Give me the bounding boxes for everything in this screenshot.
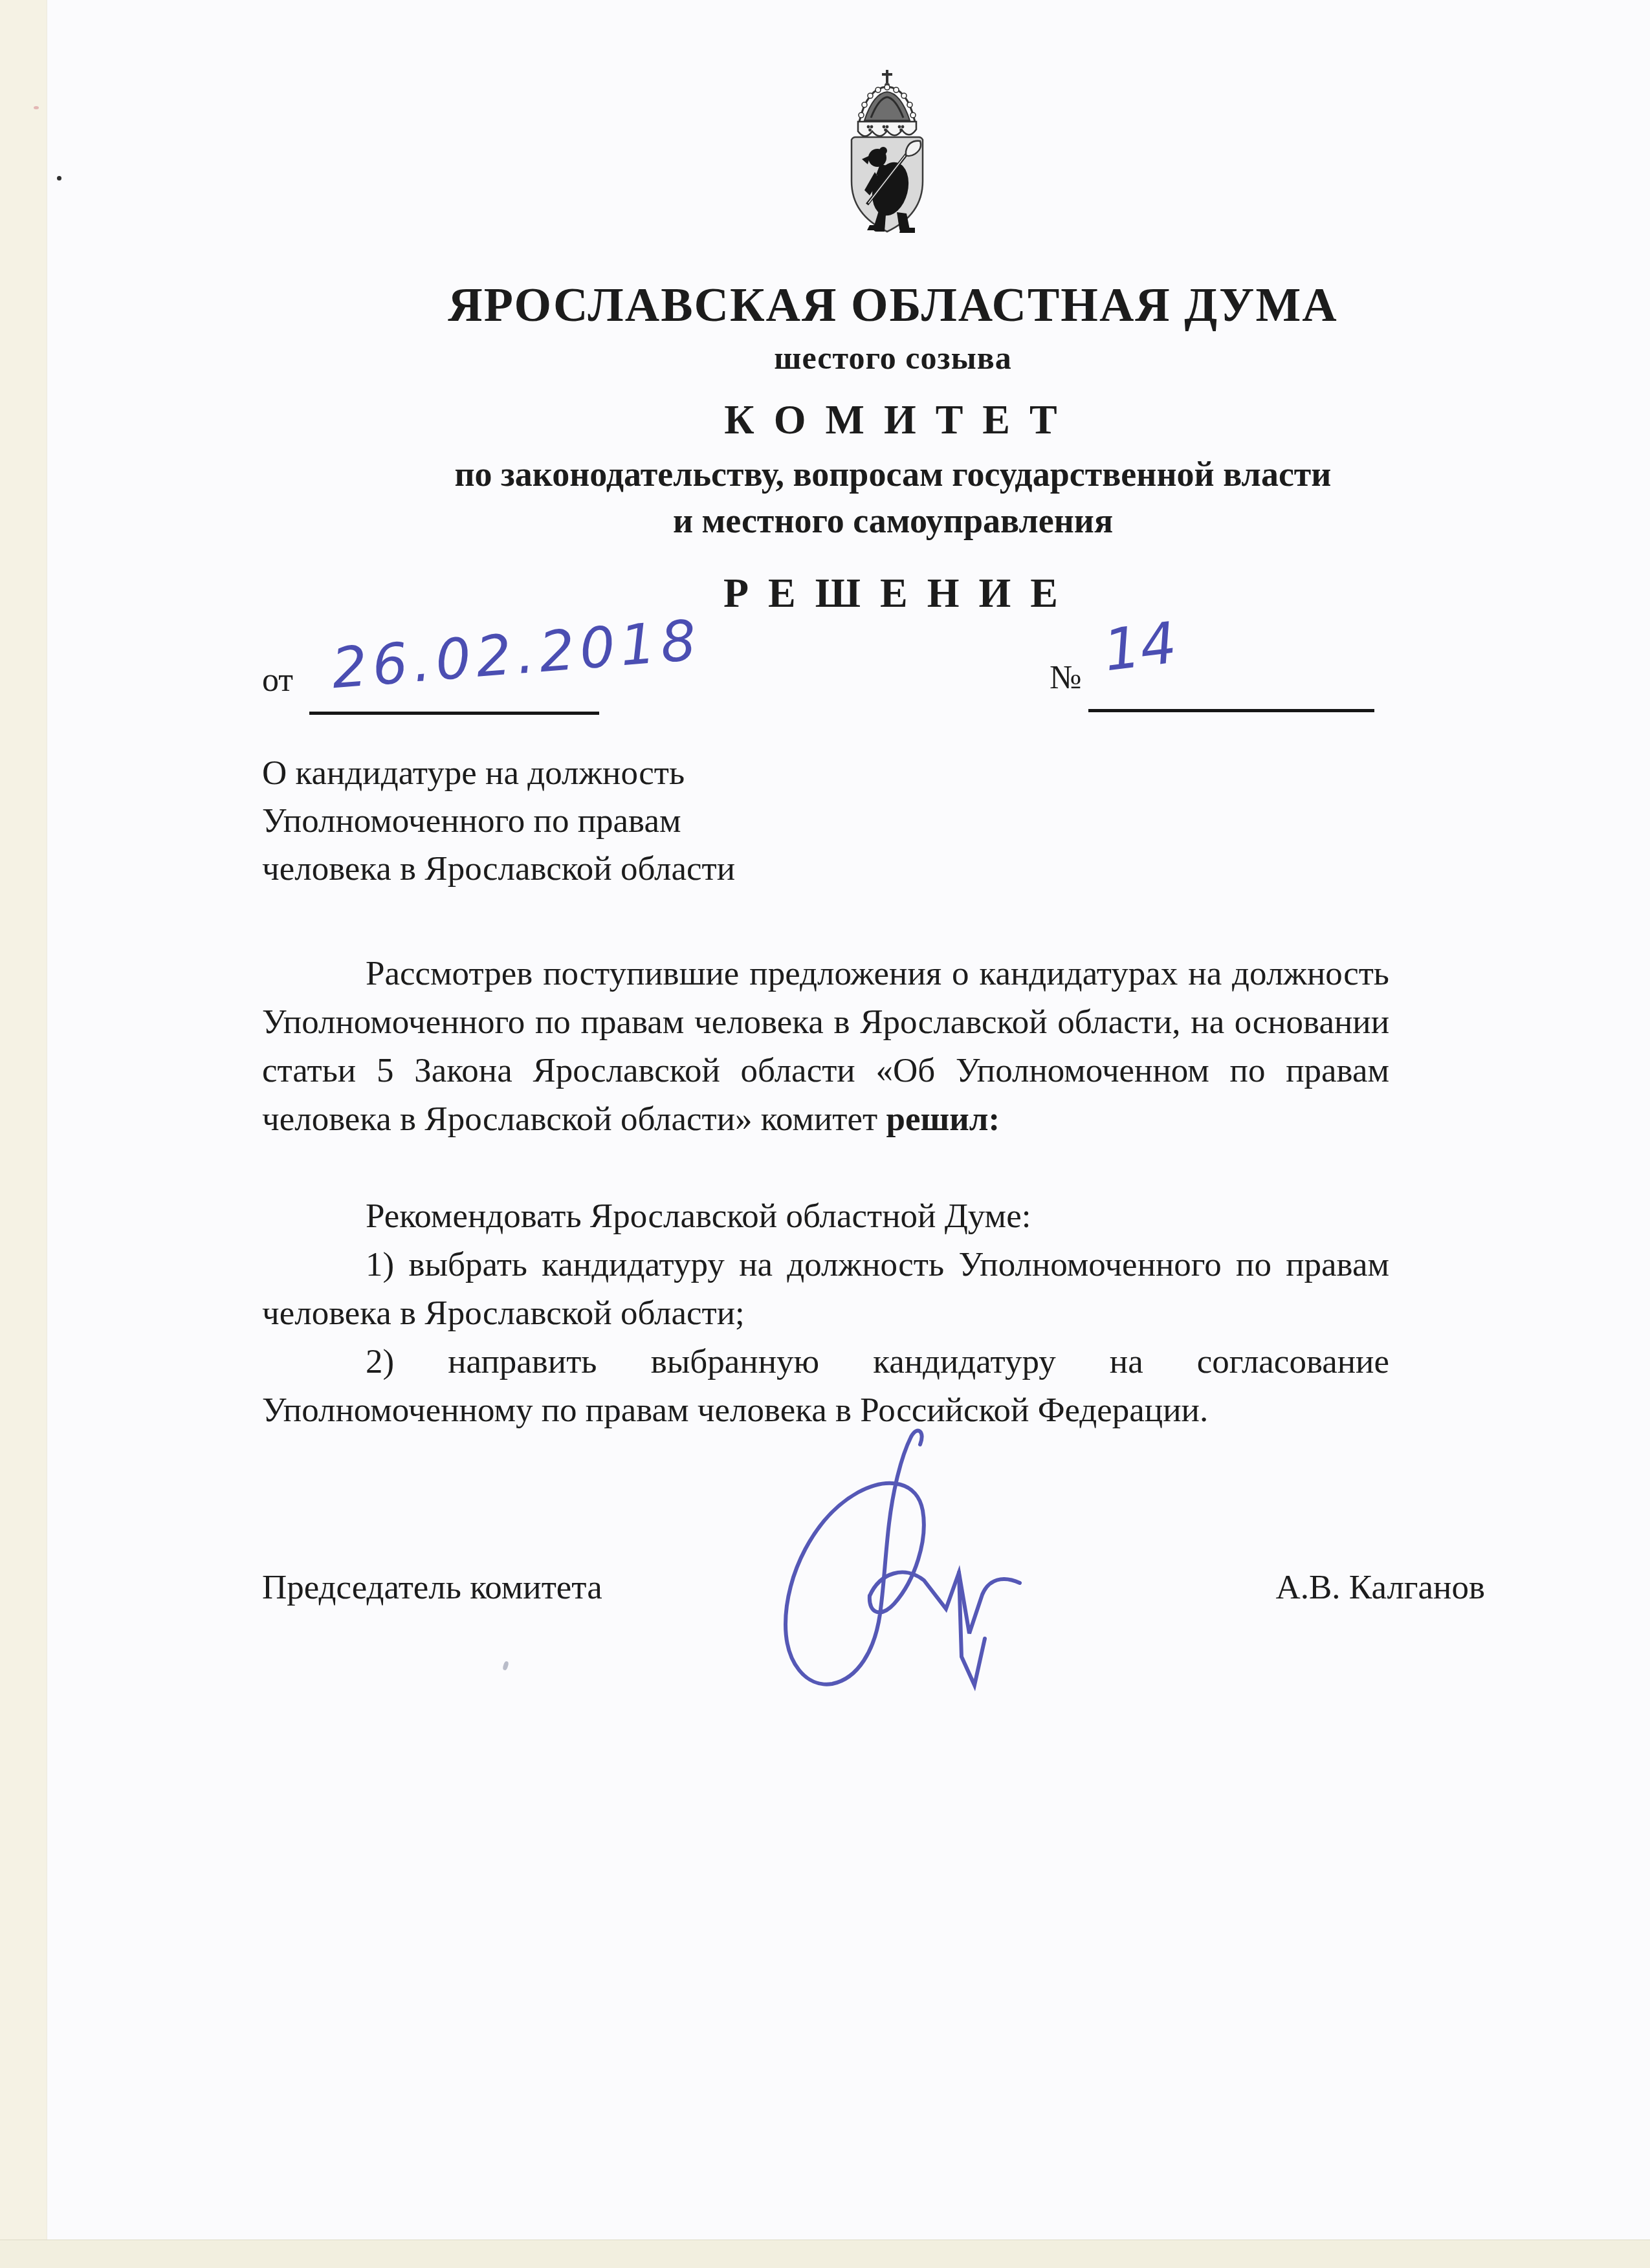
- number-label: №: [1050, 659, 1082, 697]
- subject-line: человека в Ярославской области: [262, 845, 819, 893]
- document-type-title: Р Е Ш Е Н И Е: [336, 569, 1449, 617]
- coat-of-arms-icon: [841, 67, 933, 235]
- decision-item: 1) выбрать кандидатуру на должность Упол…: [262, 1241, 1389, 1338]
- decision-items: Рекомендовать Ярославской областной Думе…: [262, 1192, 1389, 1435]
- signature-ink: [731, 1420, 1094, 1698]
- committee-subtitle-1: по законодательству, вопросам государств…: [336, 454, 1449, 494]
- scan-speck: [34, 106, 39, 109]
- intro-paragraph: Рассмотрев поступившие предложения о кан…: [262, 950, 1389, 1144]
- committee-subtitle-2: и местного самоуправления: [336, 501, 1449, 541]
- committee-title: К О М И Т Е Т: [336, 396, 1449, 444]
- subject-line: О кандидатуре на должность: [262, 749, 819, 797]
- subject-line: Уполномоченного по правам: [262, 797, 819, 845]
- decision-item: Рекомендовать Ярославской областной Думе…: [262, 1192, 1389, 1241]
- subject-block: О кандидатуре на должность Уполномоченно…: [262, 749, 819, 893]
- date-underline: [309, 712, 599, 715]
- signer-position: Председатель комитета: [262, 1568, 602, 1607]
- document-body: Рассмотрев поступившие предложения о кан…: [262, 950, 1389, 1435]
- intro-bold-word: решил:: [886, 1100, 1000, 1138]
- handwritten-date: 26.02.2018: [329, 608, 703, 702]
- intro-text: Рассмотрев поступившие предложения о кан…: [262, 955, 1389, 1138]
- scanner-edge-band-left: [0, 0, 47, 2268]
- scan-speck: [57, 176, 61, 180]
- scan-speck: [502, 1661, 509, 1670]
- handwritten-number: 14: [1100, 609, 1180, 684]
- scanned-document-page: ЯРОСЛАВСКАЯ ОБЛАСТНАЯ ДУМА шестого созыв…: [0, 0, 1650, 2268]
- scanner-edge-band-bottom: [0, 2240, 1650, 2268]
- convocation: шестого созыва: [336, 339, 1449, 376]
- signer-name: А.В. Калганов: [1275, 1568, 1485, 1607]
- number-underline: [1088, 709, 1374, 712]
- date-label: от: [262, 661, 293, 699]
- org-name: ЯРОСЛАВСКАЯ ОБЛАСТНАЯ ДУМА: [336, 278, 1449, 333]
